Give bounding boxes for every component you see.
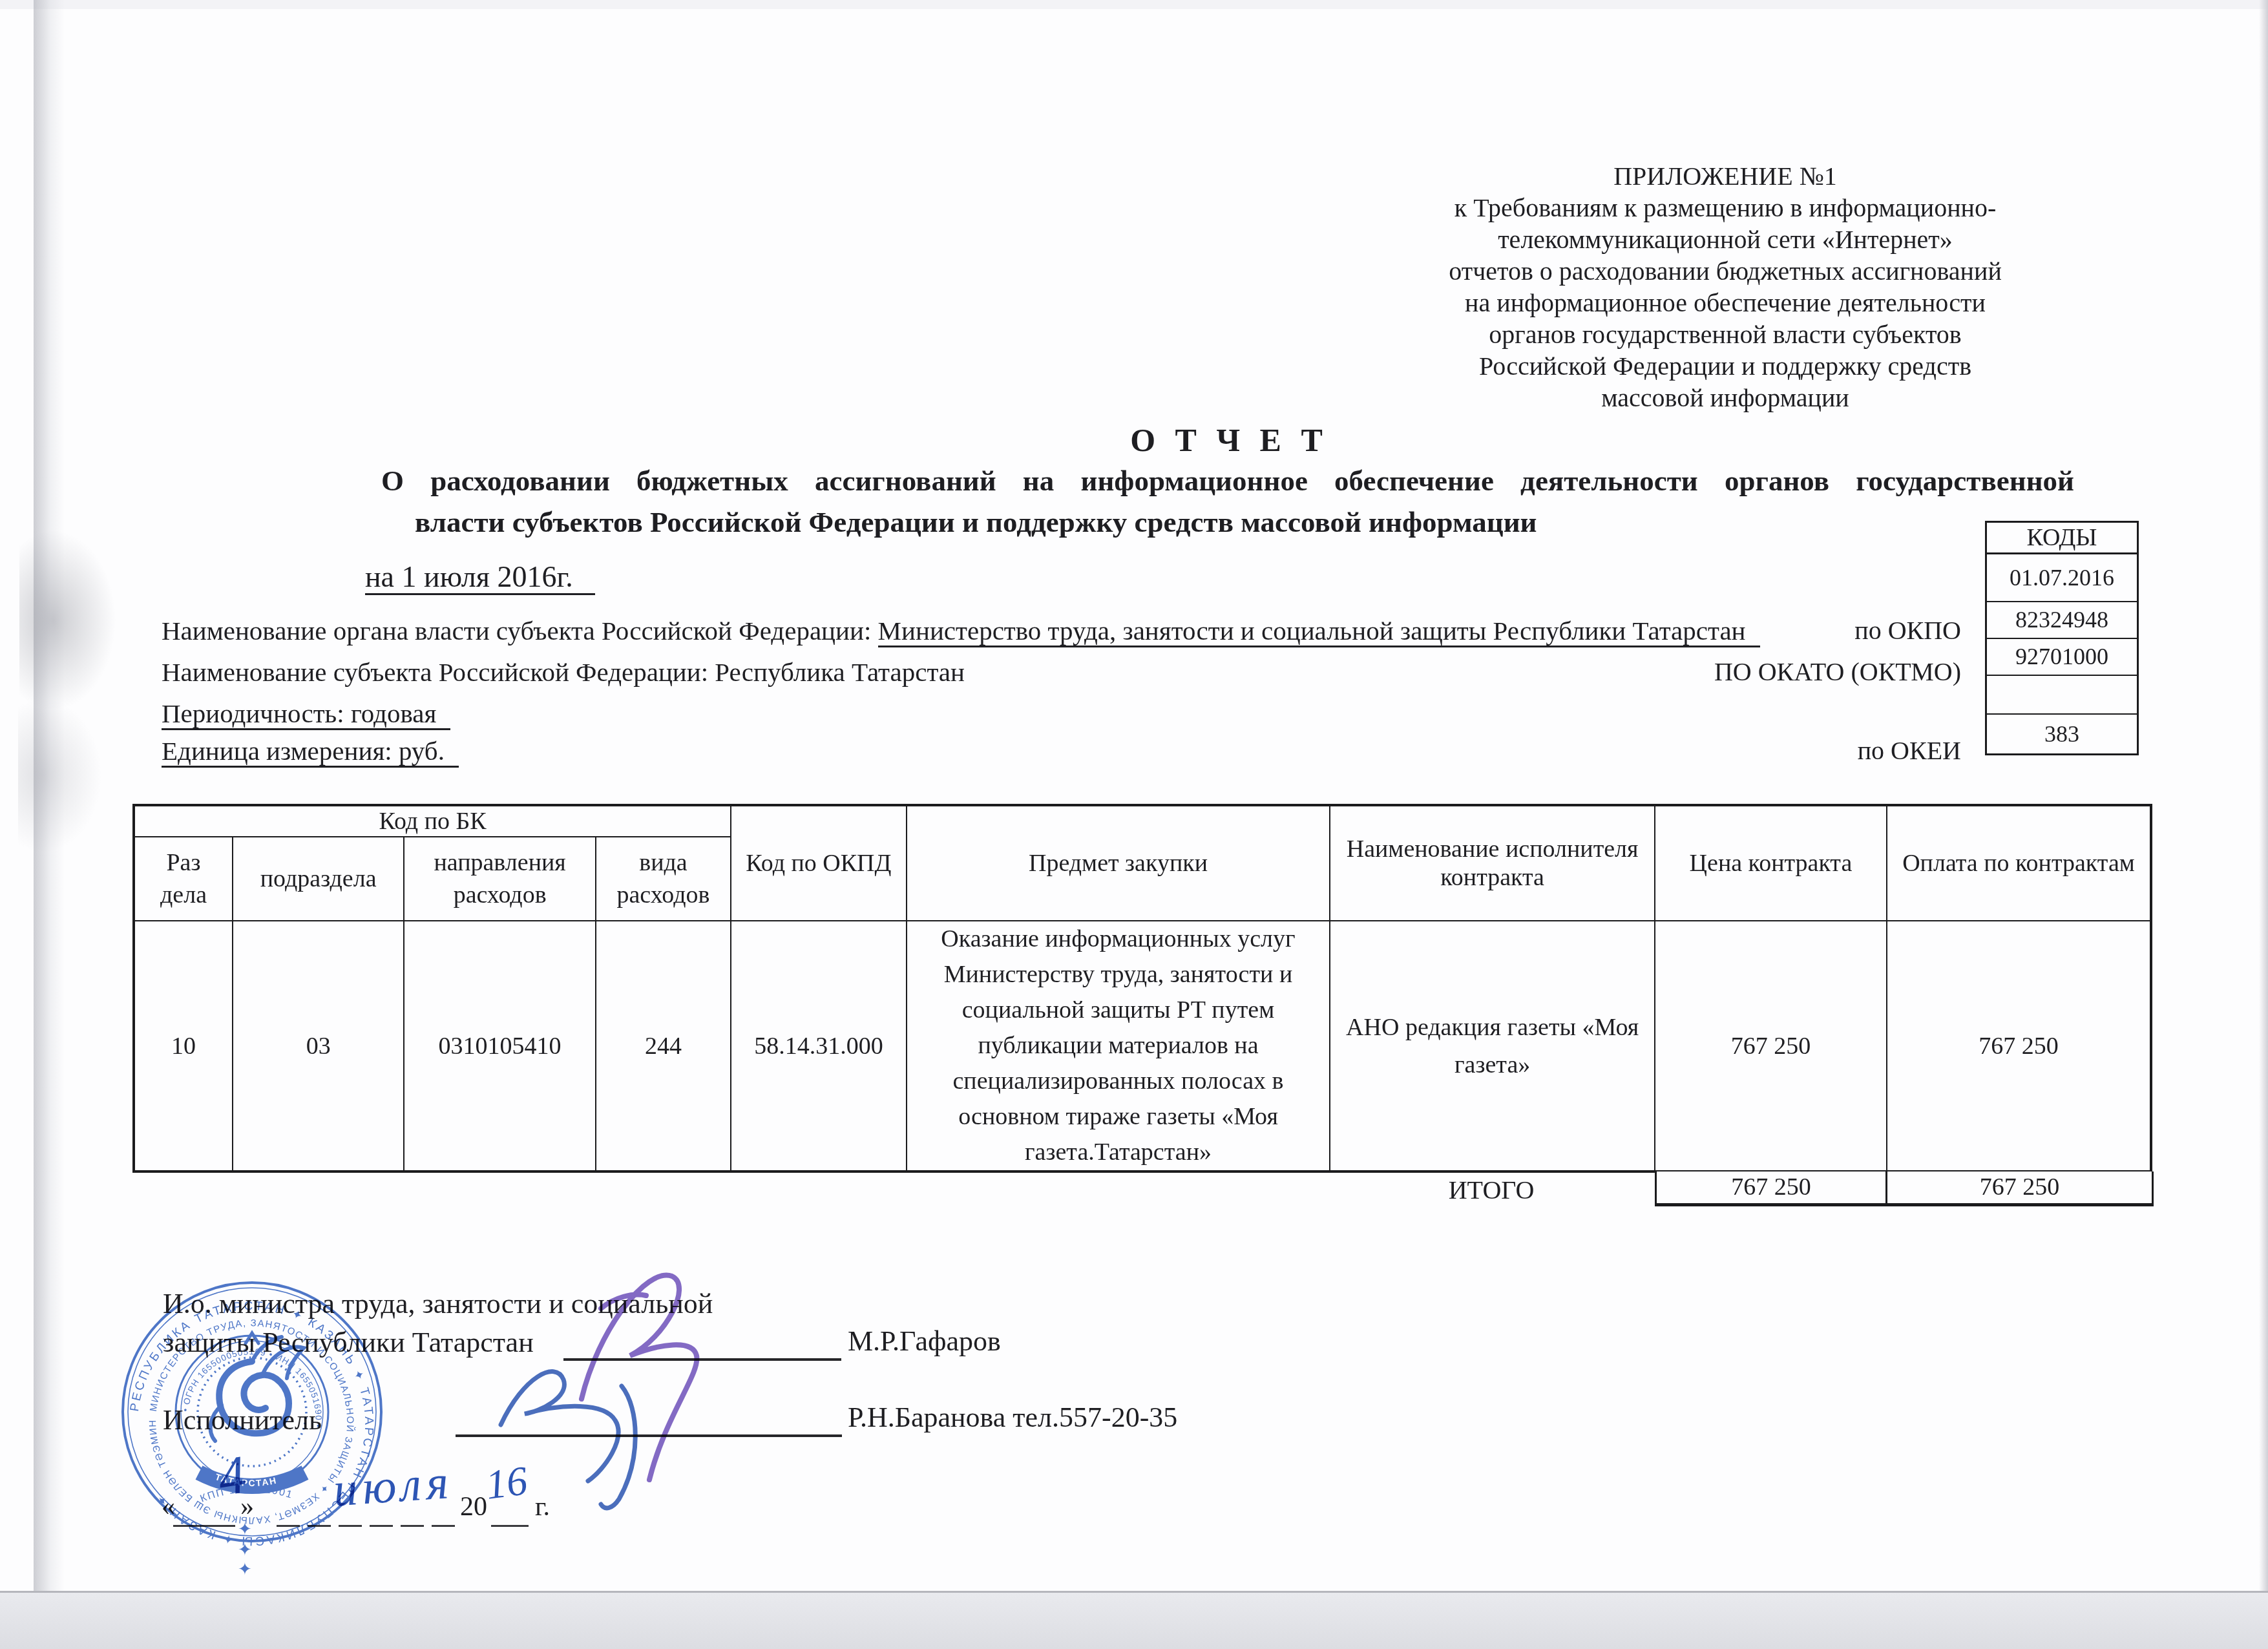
totals-price: 767 250 <box>1655 1171 1887 1206</box>
report-title: О Т Ч Е Т <box>381 421 2074 459</box>
periodicity-line: Периодичность: годовая <box>162 698 450 729</box>
okato-label: ПО ОКАТО (ОКТМО) <box>1714 656 1961 687</box>
official-name: М.Р.Гафаров <box>848 1325 1001 1358</box>
okpo-label: по ОКПО <box>1854 615 1961 646</box>
scan-top-edge <box>0 0 2268 9</box>
org-name-value: Министерство труда, занятости и социальн… <box>878 616 1760 647</box>
col-price: Цена контракта <box>1655 805 1887 921</box>
codes-table: КОДЫ 01.07.2016 82324948 92701000 383 <box>1985 521 2139 755</box>
cell-contractor: АНО редакция газеты «Моя газета» <box>1330 921 1655 1171</box>
okei-label: по ОКЕИ <box>1858 735 1961 766</box>
codes-header: КОДЫ <box>1987 523 2137 554</box>
col-subject: Предмет закупки <box>907 805 1330 921</box>
table-row: 10 03 0310105410 244 58.14.31.000 Оказан… <box>134 921 2151 1171</box>
org-name-label: Наименование органа власти субъекта Росс… <box>162 616 878 646</box>
cell-paid: 767 250 <box>1887 921 2151 1171</box>
codes-cell-empty <box>1987 676 2137 715</box>
col-podrazdel: подраздела <box>233 837 404 921</box>
svg-text:✦: ✦ <box>238 1559 252 1579</box>
totals-paid: 767 250 <box>1887 1171 2154 1206</box>
appendix-line: отчетов о расходовании бюджетных ассигно… <box>1354 255 2097 287</box>
col-vid: вида расходов <box>596 837 731 921</box>
stamp-star-icon: ✦ ✦ ✦ <box>238 1519 252 1579</box>
cell-napravlenie: 0310105410 <box>404 921 596 1171</box>
scanned-report-page: ПРИЛОЖЕНИЕ №1 к Требованиям к размещению… <box>0 0 2268 1649</box>
col-group-bk: Код по БК <box>134 805 731 837</box>
periodicity-text: Периодичность: годовая <box>162 698 450 730</box>
codes-cell-okpo: 82324948 <box>1987 602 2137 639</box>
appendix-line: телекоммуникационной сети «Интернет» <box>1354 224 2097 255</box>
executor-signature-icon <box>501 1372 635 1508</box>
date-year-line <box>491 1525 529 1527</box>
unit-line: Единица измерения: руб. <box>162 735 459 766</box>
executor-name: Р.Н.Баранова тел.557-20-35 <box>848 1401 1177 1434</box>
col-okpd: Код по ОКПД <box>731 805 907 921</box>
appendix-line: массовой информации <box>1354 382 2097 414</box>
appendix-line: ПРИЛОЖЕНИЕ №1 <box>1354 160 2097 192</box>
subject-name-line: Наименование субъекта Российской Федерац… <box>162 656 965 688</box>
cell-podrazdel: 03 <box>233 921 404 1171</box>
scan-smudge <box>18 698 102 853</box>
cell-subject: Оказание информационных услуг Министерст… <box>907 921 1330 1171</box>
codes-cell-okato: 92701000 <box>1987 639 2137 676</box>
scan-bottom-band <box>0 1593 2268 1649</box>
stamp-outer-ring-text: РЕСПУБЛИКА ТАТАРСТАН ✦ КАЗАНЬ ✦ ТАТАРСТА… <box>128 1299 375 1548</box>
report-date: на 1 июля 2016г. <box>365 560 595 594</box>
codes-cell-okei: 383 <box>1987 715 2137 753</box>
svg-text:✦: ✦ <box>238 1540 252 1559</box>
codes-cell-date: 01.07.2016 <box>1987 554 2137 602</box>
ministry-stamp: РЕСПУБЛИКА ТАТАРСТАН ✦ КАЗАНЬ ✦ ТАТАРСТА… <box>113 1276 391 1593</box>
appendix-line: органов государственной власти субъектов <box>1354 319 2097 350</box>
report-subtitle-line1: О расходовании бюджетных ассигнований на… <box>381 460 2074 501</box>
scan-right-edge <box>2259 0 2268 1649</box>
svg-text:✦: ✦ <box>238 1519 252 1539</box>
signatures-ink <box>452 1247 756 1525</box>
appendix-header: ПРИЛОЖЕНИЕ №1 к Требованиям к размещению… <box>1354 160 2097 414</box>
cell-vid: 244 <box>596 921 731 1171</box>
appendix-line: на информационное обеспечение деятельнос… <box>1354 287 2097 319</box>
totals-label: ИТОГО <box>1330 1175 1653 1205</box>
col-razdel: Раз дела <box>134 837 233 921</box>
appendix-line: к Требованиям к размещению в информацион… <box>1354 192 2097 224</box>
report-subtitle: О расходовании бюджетных ассигнований на… <box>381 460 2074 543</box>
report-date-text: на 1 июля 2016г. <box>365 560 595 595</box>
cell-okpd: 58.14.31.000 <box>731 921 907 1171</box>
cell-razdel: 10 <box>134 921 233 1171</box>
col-paid: Оплата по контрактам <box>1887 805 2151 921</box>
official-signature-icon <box>582 1276 697 1480</box>
col-napravlenie: направления расходов <box>404 837 596 921</box>
org-name-line: Наименование органа власти субъекта Росс… <box>162 615 1760 646</box>
report-subtitle-line2: власти субъектов Российской Федерации и … <box>381 501 2074 543</box>
cell-price: 767 250 <box>1655 921 1887 1171</box>
scan-smudge <box>19 530 116 711</box>
appendix-line: Российской Федерации и поддержку средств <box>1354 350 2097 382</box>
contracts-table: Код по БК Код по ОКПД Предмет закупки На… <box>132 804 2152 1173</box>
col-contractor: Наименование исполнителя контракта <box>1330 805 1655 921</box>
unit-text: Единица измерения: руб. <box>162 736 459 768</box>
